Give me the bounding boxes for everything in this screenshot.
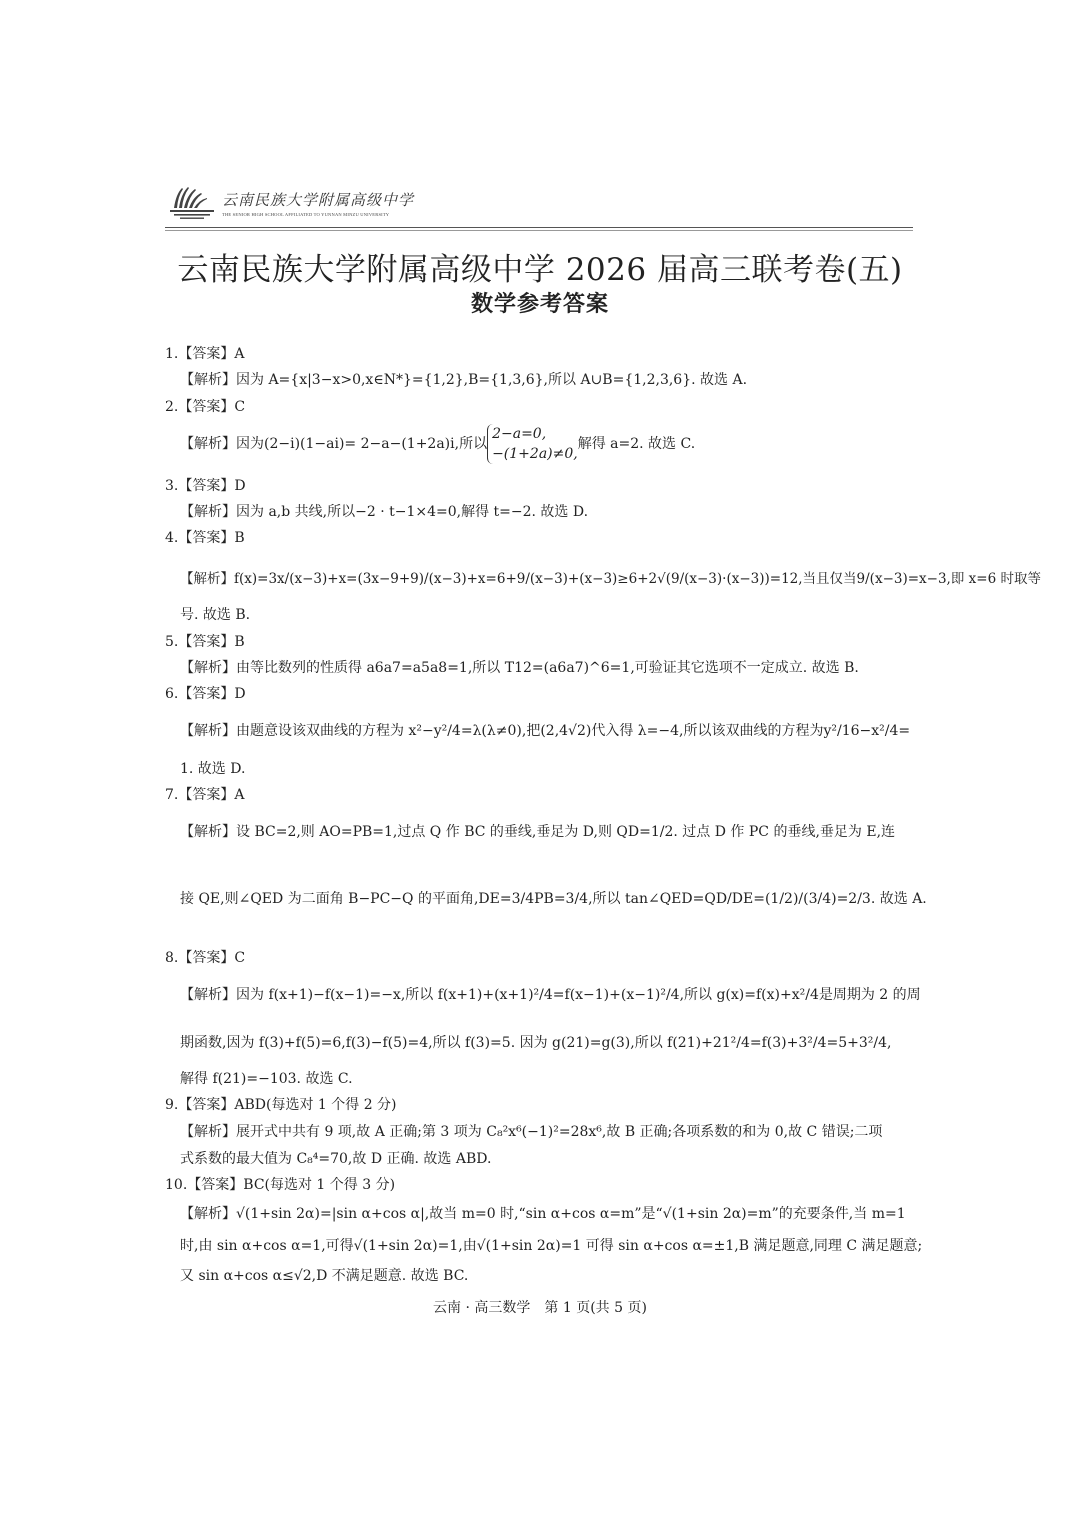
question-10-analysis-cont2: 又 sin α+cos α≤√2,D 不满足题意. 故选 BC.	[180, 1267, 468, 1285]
question-7-answer: 7.【答案】A	[165, 786, 244, 804]
question-6-analysis-cont: 1. 故选 D.	[180, 760, 245, 778]
question-4-analysis-cont: 号. 故选 B.	[180, 606, 250, 624]
school-emblem-icon	[168, 184, 216, 222]
question-2-analysis: 【解析】因为(2−i)(1−ai)= 2−a−(1+2a)i,所以2−a=0,−…	[180, 424, 695, 464]
question-10-analysis: 【解析】√(1+sin 2α)=|sin α+cos α|,故当 m=0 时,“…	[180, 1205, 906, 1223]
equation-system: 2−a=0,−(1+2a)≠0,	[487, 424, 578, 464]
question-2-answer: 2.【答案】C	[165, 398, 245, 416]
question-3-answer: 3.【答案】D	[165, 477, 246, 495]
question-9-answer: 9.【答案】ABD(每选对 1 个得 2 分)	[165, 1096, 397, 1114]
question-1-answer: 1.【答案】A	[165, 345, 244, 363]
question-6-analysis: 【解析】由题意设该双曲线的方程为 x²−y²/4=λ(λ≠0),把(2,4√2)…	[180, 722, 910, 740]
question-3-analysis: 【解析】因为 a,b 共线,所以−2 · t−1×4=0,解得 t=−2. 故选…	[180, 503, 588, 521]
page-title: 云南民族大学附属高级中学 2026 届高三联考卷(五)	[0, 244, 1080, 289]
question-4-answer: 4.【答案】B	[165, 529, 245, 547]
question-5-answer: 5.【答案】B	[165, 633, 245, 651]
header-divider	[165, 227, 913, 228]
page-footer: 云南 · 高三数学 第 1 页(共 5 页)	[0, 1297, 1080, 1317]
question-1-analysis: 【解析】因为 A={x|3−x>0,x∈N*}={1,2},B={1,3,6},…	[180, 371, 747, 389]
question-10-analysis-cont: 时,由 sin α+cos α=1,可得√(1+sin 2α)=1,由√(1+s…	[180, 1237, 922, 1255]
school-logo: 云南民族大学附属高级中学 THE SENIOR HIGH SCHOOL AFFI…	[168, 183, 414, 223]
question-8-answer: 8.【答案】C	[165, 949, 245, 967]
question-9-analysis: 【解析】展开式中共有 9 项,故 A 正确;第 3 项为 C₈²x⁶(−1)²=…	[180, 1123, 882, 1141]
question-7-analysis: 【解析】设 BC=2,则 AO=PB=1,过点 Q 作 BC 的垂线,垂足为 D…	[180, 823, 895, 841]
page-subtitle: 数学参考答案	[0, 287, 1080, 318]
logo-english-name: THE SENIOR HIGH SCHOOL AFFILIATED TO YUN…	[222, 212, 414, 217]
logo-chinese-name: 云南民族大学附属高级中学	[222, 189, 414, 210]
question-9-analysis-cont: 式系数的最大值为 C₈⁴=70,故 D 正确. 故选 ABD.	[180, 1150, 491, 1168]
question-7-analysis-cont: 接 QE,则∠QED 为二面角 B−PC−Q 的平面角,DE=3/4PB=3/4…	[180, 890, 927, 908]
question-8-analysis-cont: 期函数,因为 f(3)+f(5)=6,f(3)−f(5)=4,所以 f(3)=5…	[180, 1034, 891, 1052]
header-divider-secondary	[165, 230, 913, 231]
question-6-answer: 6.【答案】D	[165, 685, 246, 703]
question-8-analysis: 【解析】因为 f(x+1)−f(x−1)=−x,所以 f(x+1)+(x+1)²…	[180, 986, 921, 1004]
question-4-analysis: 【解析】f(x)=3x/(x−3)+x=(3x−9+9)/(x−3)+x=6+9…	[180, 570, 1041, 588]
question-8-analysis-cont2: 解得 f(21)=−103. 故选 C.	[180, 1070, 353, 1088]
question-5-analysis: 【解析】由等比数列的性质得 a6a7=a5a8=1,所以 T12=(a6a7)^…	[180, 659, 859, 677]
question-10-answer: 10.【答案】BC(每选对 1 个得 3 分)	[165, 1176, 395, 1194]
answer-key-page: 云南民族大学附属高级中学 THE SENIOR HIGH SCHOOL AFFI…	[0, 0, 1080, 1527]
